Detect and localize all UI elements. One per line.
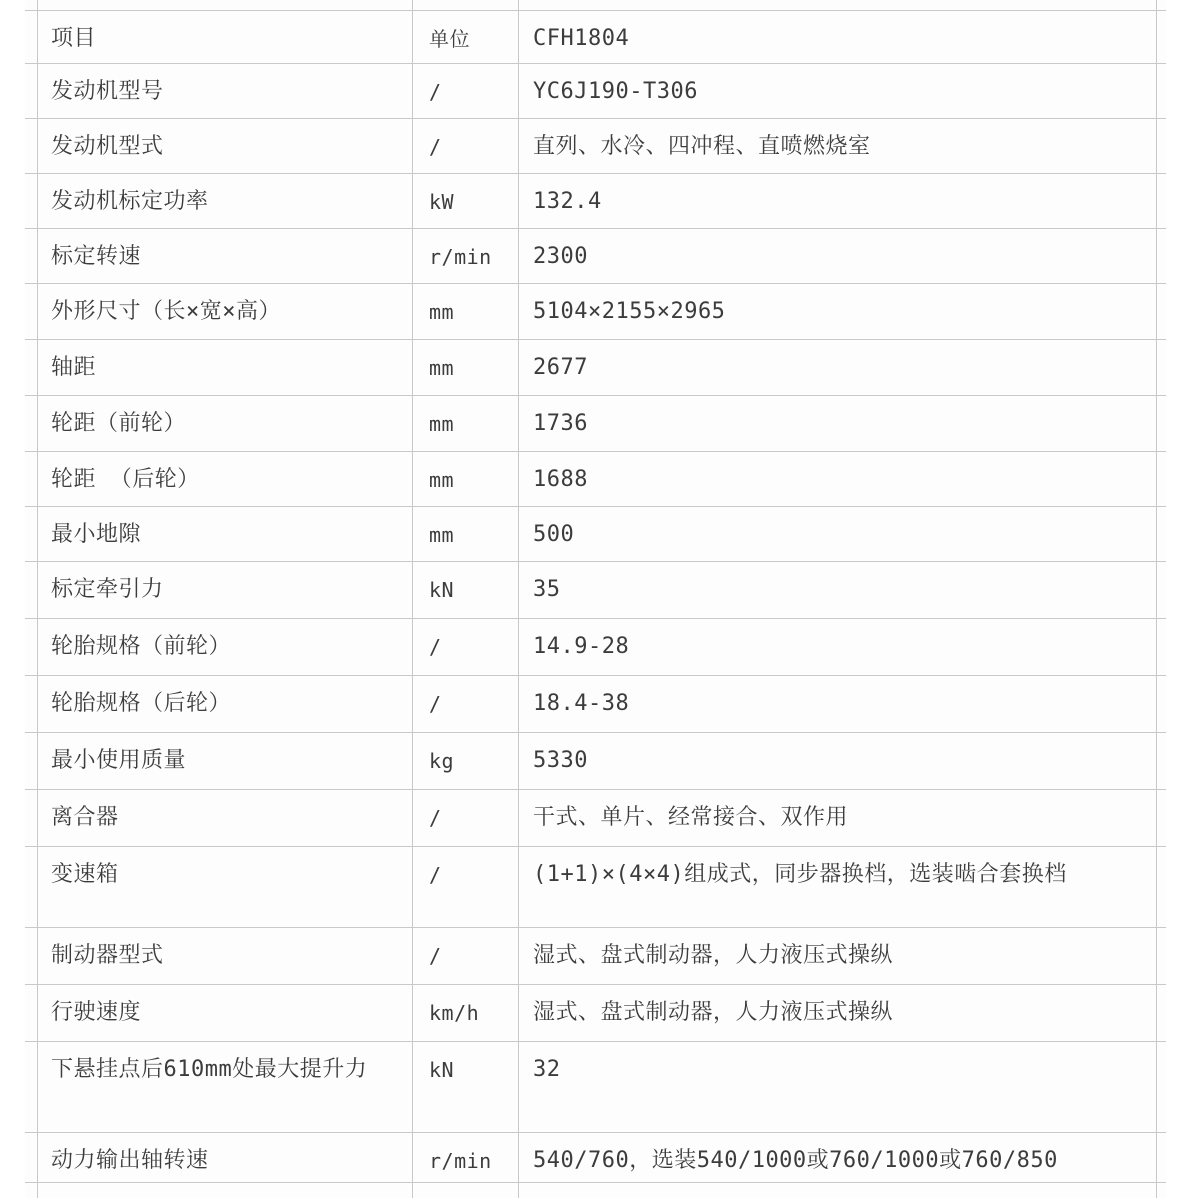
table-row: 发动机型式 / 直列、水冷、四冲程、直喷燃烧室 xyxy=(25,119,1166,174)
value-cell: 1736 xyxy=(519,396,1157,451)
header-unit: 单位 xyxy=(413,11,519,63)
unit-cell: kg xyxy=(413,733,519,789)
table-row: 制动器型式 / 湿式、盘式制动器，人力液压式操纵 xyxy=(25,928,1166,985)
unit-cell: kN xyxy=(413,562,519,618)
header-row: 项目 单位 CFH1804 xyxy=(25,11,1166,64)
unit-cell: mm xyxy=(413,452,519,506)
unit-cell: / xyxy=(413,119,519,173)
item-cell: 发动机标定功率 xyxy=(37,174,413,228)
unit-cell: km/h xyxy=(413,985,519,1041)
value-cell: YC6J190-T306 xyxy=(519,64,1157,118)
table-row: 轮胎规格（前轮） / 14.9-28 xyxy=(25,619,1166,676)
table-row: 行驶速度 km/h 湿式、盘式制动器，人力液压式操纵 xyxy=(25,985,1166,1042)
table-row: 轮距（前轮） mm 1736 xyxy=(25,396,1166,452)
value-cell: 直列、水冷、四冲程、直喷燃烧室 xyxy=(519,119,1157,173)
unit-cell: kW xyxy=(413,174,519,228)
item-cell: 标定牵引力 xyxy=(37,562,413,618)
value-cell: 2300 xyxy=(519,229,1157,283)
item-cell: 轮距（前轮） xyxy=(37,396,413,451)
value-cell: 32 xyxy=(519,1042,1157,1132)
table-row: 动力输出轴转速 r/min 540/760，选装540/1000或760/100… xyxy=(25,1133,1166,1183)
value-cell: 35 xyxy=(519,562,1157,618)
value-cell: 18.4-38 xyxy=(519,676,1157,732)
item-cell: 发动机型式 xyxy=(37,119,413,173)
header-item: 项目 xyxy=(37,11,413,63)
item-cell: 外形尺寸（长×宽×高） xyxy=(37,284,413,339)
unit-cell: / xyxy=(413,790,519,846)
unit-cell: mm xyxy=(413,396,519,451)
cropped-row-top xyxy=(25,0,1166,11)
value-cell: 湿式、盘式制动器，人力液压式操纵 xyxy=(519,928,1157,984)
item-cell xyxy=(37,1183,413,1198)
value-cell xyxy=(519,1183,1157,1198)
unit-cell: / xyxy=(413,676,519,732)
unit-cell: / xyxy=(413,619,519,675)
item-cell: 下悬挂点后610mm处最大提升力 xyxy=(37,1042,413,1132)
unit-cell xyxy=(413,1183,519,1198)
value-cell: 5104×2155×2965 xyxy=(519,284,1157,339)
item-cell: 最小地隙 xyxy=(37,507,413,561)
item-cell: 轴距 xyxy=(37,340,413,395)
table-row: 发动机标定功率 kW 132.4 xyxy=(25,174,1166,229)
table-row: 轴距 mm 2677 xyxy=(25,340,1166,396)
item-cell: 最小使用质量 xyxy=(37,733,413,789)
table-row: 轮胎规格（后轮） / 18.4-38 xyxy=(25,676,1166,733)
unit-cell: / xyxy=(413,64,519,118)
unit-cell: mm xyxy=(413,340,519,395)
item-cell: 轮胎规格（后轮） xyxy=(37,676,413,732)
unit-cell: kN xyxy=(413,1042,519,1132)
table-row: 外形尺寸（长×宽×高） mm 5104×2155×2965 xyxy=(25,284,1166,340)
table-row: 标定转速 r/min 2300 xyxy=(25,229,1166,284)
cropped-row-bottom xyxy=(25,1183,1166,1198)
item-cell: 制动器型式 xyxy=(37,928,413,984)
unit-cell: / xyxy=(413,928,519,984)
value-cell: 干式、单片、经常接合、双作用 xyxy=(519,790,1157,846)
unit-cell: / xyxy=(413,847,519,927)
item-cell: 发动机型号 xyxy=(37,64,413,118)
spec-table: 项目 单位 CFH1804 发动机型号 / YC6J190-T306 发动机型式… xyxy=(25,0,1166,1198)
item-cell: 离合器 xyxy=(37,790,413,846)
value-cell: (1+1)×(4×4)组成式，同步器换档，选装啮合套换档 xyxy=(519,847,1157,927)
value-cell: 1688 xyxy=(519,452,1157,506)
value-cell: 湿式、盘式制动器，人力液压式操纵 xyxy=(519,985,1157,1041)
item-cell: 标定转速 xyxy=(37,229,413,283)
table-row: 离合器 / 干式、单片、经常接合、双作用 xyxy=(25,790,1166,847)
value-cell: 2677 xyxy=(519,340,1157,395)
unit-cell: mm xyxy=(413,507,519,561)
value-cell: 132.4 xyxy=(519,174,1157,228)
table-row: 最小地隙 mm 500 xyxy=(25,507,1166,562)
header-model: CFH1804 xyxy=(519,11,1157,63)
item-cell: 轮距 （后轮） xyxy=(37,452,413,506)
value-cell: 500 xyxy=(519,507,1157,561)
table-row: 轮距 （后轮） mm 1688 xyxy=(25,452,1166,507)
item-cell: 动力输出轴转速 xyxy=(37,1133,413,1182)
unit-cell: r/min xyxy=(413,1133,519,1182)
table-row: 标定牵引力 kN 35 xyxy=(25,562,1166,619)
item-cell: 轮胎规格（前轮） xyxy=(37,619,413,675)
item-cell: 行驶速度 xyxy=(37,985,413,1041)
value-cell: 540/760，选装540/1000或760/1000或760/850 xyxy=(519,1133,1157,1182)
value-cell: 14.9-28 xyxy=(519,619,1157,675)
unit-cell: mm xyxy=(413,284,519,339)
item-cell: 变速箱 xyxy=(37,847,413,927)
value-cell: 5330 xyxy=(519,733,1157,789)
table-row: 发动机型号 / YC6J190-T306 xyxy=(25,64,1166,119)
unit-cell: r/min xyxy=(413,229,519,283)
table-row: 下悬挂点后610mm处最大提升力 kN 32 xyxy=(25,1042,1166,1133)
table-row: 变速箱 / (1+1)×(4×4)组成式，同步器换档，选装啮合套换档 xyxy=(25,847,1166,928)
table-row: 最小使用质量 kg 5330 xyxy=(25,733,1166,790)
